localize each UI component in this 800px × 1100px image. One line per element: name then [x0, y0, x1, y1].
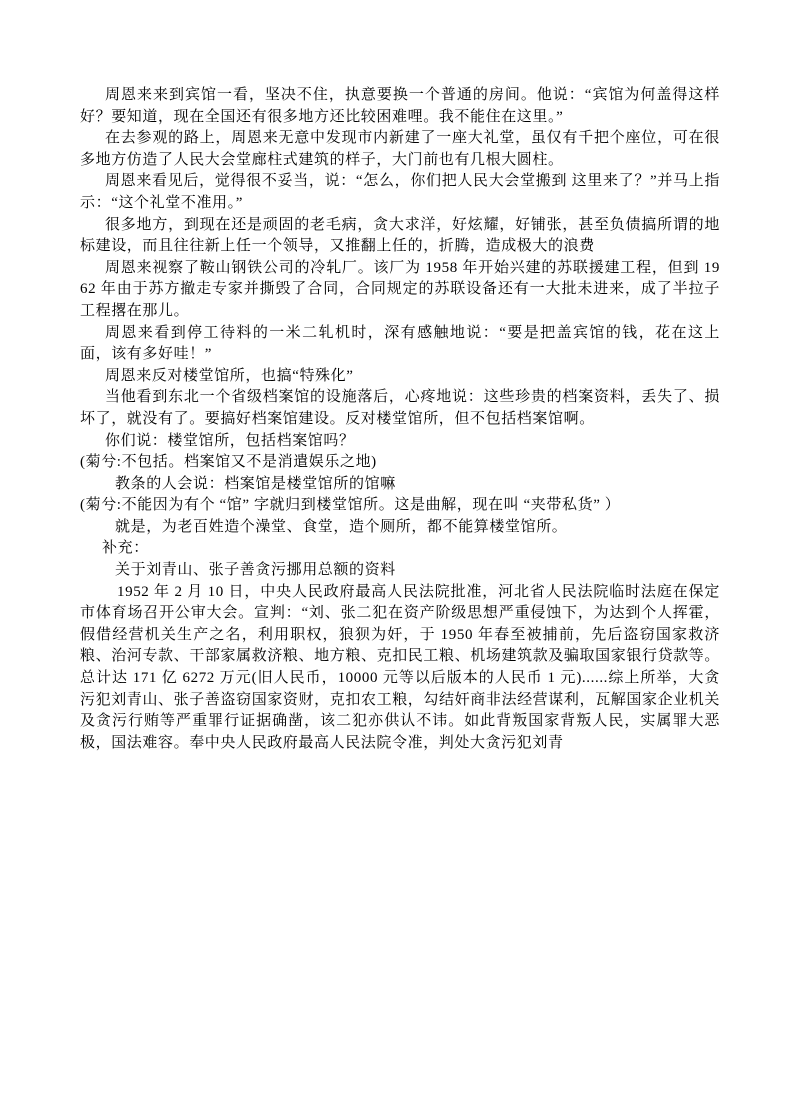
- document-page: 周恩来来到宾馆一看，坚决不住，执意要换一个普通的房间。他说：“宾馆为何盖得这样好…: [0, 0, 800, 1100]
- body-paragraph: 周恩来反对楼堂馆所，也搞“特殊化”: [80, 366, 720, 388]
- supplement-label: 补充：: [80, 538, 720, 560]
- body-paragraph: 很多地方，到现在还是顽固的老毛病，贪大求洋，好炫耀，好铺张，甚至负债搞所谓的地标…: [80, 215, 720, 258]
- supplement-body: 1952 年 2 月 10 日，中央人民政府最高人民法院批准，河北省人民法院临时…: [80, 582, 720, 755]
- annotation-note: (菊兮:不包括。档案馆又不是消遣娱乐之地): [80, 452, 720, 474]
- body-paragraph: 周恩来看到停工待料的一米二轧机时，深有感触地说：“要是把盖宾馆的钱，花在这上面，…: [80, 323, 720, 366]
- body-paragraph: 周恩来来到宾馆一看，坚决不住，执意要换一个普通的房间。他说：“宾馆为何盖得这样好…: [80, 85, 720, 128]
- body-paragraph: 你们说：楼堂馆所，包括档案馆吗？: [80, 431, 720, 453]
- body-paragraph: 在去参观的路上，周恩来无意中发现市内新建了一座大礼堂，虽仅有千把个座位，可在很多…: [80, 128, 720, 171]
- annotation-note: (菊兮:不能因为有个 “馆” 字就归到楼堂馆所。这是曲解，现在叫 “夹带私货” …: [80, 495, 720, 517]
- body-paragraph: 教条的人会说：档案馆是楼堂馆所的馆嘛: [80, 474, 720, 496]
- body-paragraph: 周恩来视察了鞍山钢铁公司的冷轧厂。该厂为 1958 年开始兴建的苏联援建工程，但…: [80, 258, 720, 323]
- document-content: 周恩来来到宾馆一看，坚决不住，执意要换一个普通的房间。他说：“宾馆为何盖得这样好…: [0, 0, 800, 754]
- body-paragraph: 就是，为老百姓造个澡堂、食堂，造个厕所，都不能算楼堂馆所。: [80, 517, 720, 539]
- supplement-title: 关于刘青山、张子善贪污挪用总额的资料: [80, 560, 720, 582]
- body-paragraph: 周恩来看见后，觉得很不妥当，说：“怎么，你们把人民大会堂搬到 这里来了？”并马上…: [80, 171, 720, 214]
- body-paragraph: 当他看到东北一个省级档案馆的设施落后，心疼地说：这些珍贵的档案资料，丢失了、损坏…: [80, 387, 720, 430]
